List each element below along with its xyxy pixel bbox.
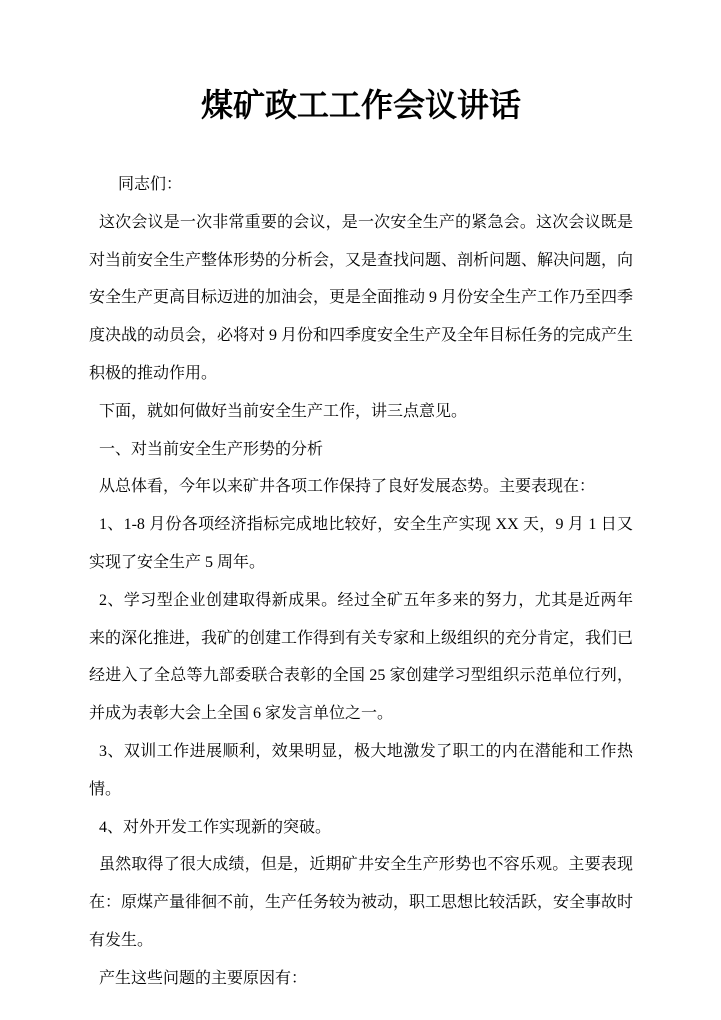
paragraph-point-3: 3、双训工作进展顺利，效果明显，极大地激发了职工的内在潜能和工作热情。 — [89, 733, 633, 809]
document-title: 煤矿政工工作会议讲话 — [89, 84, 633, 126]
document-page: 煤矿政工工作会议讲话 同志们： 这次会议是一次非常重要的会议，是一次安全生产的紧… — [0, 0, 721, 1020]
paragraph-salutation: 同志们： — [89, 166, 633, 204]
paragraph-point-2: 2、学习型企业创建取得新成果。经过全矿五年多来的努力，尤其是近两年来的深化推进，… — [89, 582, 633, 733]
paragraph-point-4: 4、对外开发工作实现新的突破。 — [89, 809, 633, 847]
paragraph-section-1-heading: 一、对当前安全生产形势的分析 — [89, 431, 633, 469]
paragraph-transition: 下面，就如何做好当前安全生产工作，讲三点意见。 — [89, 393, 633, 431]
paragraph-problems: 虽然取得了很大成绩，但是，近期矿井安全生产形势也不容乐观。主要表现在：原煤产量徘… — [89, 846, 633, 959]
paragraph-intro: 这次会议是一次非常重要的会议，是一次安全生产的紧急会。这次会议既是对当前安全生产… — [89, 204, 633, 393]
paragraph-point-1: 1、1-8 月份各项经济指标完成地比较好，安全生产实现 XX 天，9 月 1 日… — [89, 506, 633, 582]
paragraph-causes-lead-in: 产生这些问题的主要原因有： — [89, 960, 633, 998]
paragraph-overview: 从总体看，今年以来矿井各项工作保持了良好发展态势。主要表现在： — [89, 468, 633, 506]
document-body: 同志们： 这次会议是一次非常重要的会议，是一次安全生产的紧急会。这次会议既是对当… — [89, 166, 633, 998]
